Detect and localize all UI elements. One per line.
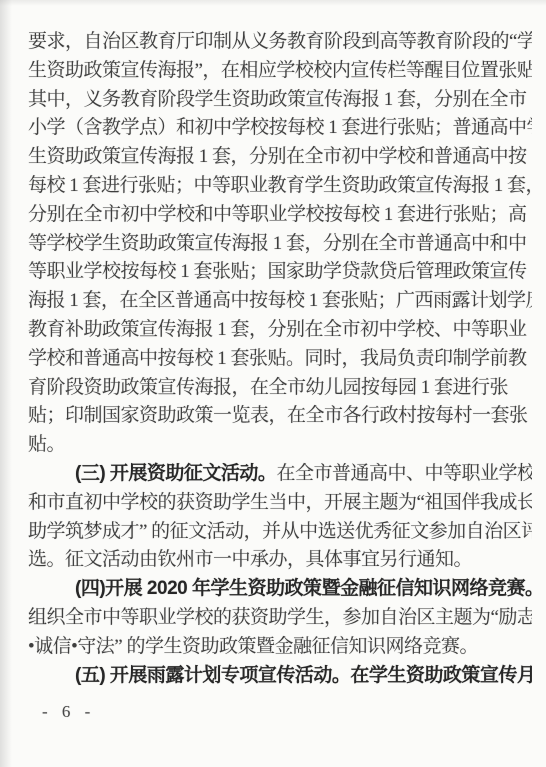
paragraph-line: 小学（含教学点）和初中学校按每校 1 套进行张贴；普通高中学 <box>28 114 532 143</box>
paragraph-line: 生资助政策宣传海报 1 套，分别在全市初中学校和普通高中按 <box>28 143 532 172</box>
paragraph-line: 选。征文活动由钦州市一中承办，具体事宜另行通知。 <box>28 546 532 575</box>
section-4-heading: (四)开展 2020 年学生资助政策暨金融征信知识网络竞赛。 <box>28 575 532 604</box>
section-5-heading: (五) 开展雨露计划专项宣传活动。在学生资助政策宣传月 <box>28 662 532 691</box>
scanned-document-page: 要求，自治区教育厅印制从义务教育阶段到高等教育阶段的“学 生资助政策宣传海报”，… <box>0 0 546 767</box>
document-text-block: 要求，自治区教育厅印制从义务教育阶段到高等教育阶段的“学 生资助政策宣传海报”，… <box>28 28 532 690</box>
paragraph-line: 贴；印制国家资助政策一览表，在全市各行政村按每村一套张 <box>28 402 532 431</box>
section-3-heading-tail: 在全市普通高中、中等职业学校 <box>276 463 532 484</box>
paragraph-line: 生资助政策宣传海报”，在相应学校校内宣传栏等醒目位置张贴。 <box>28 57 532 86</box>
paragraph-line: 育阶段资助政策宣传海报，在全市幼儿园按每园 1 套进行张 <box>28 374 532 403</box>
page-number: - 6 - <box>42 702 95 722</box>
paragraph-line: 其中，义务教育阶段学生资助政策宣传海报 1 套，分别在全市 <box>28 86 532 115</box>
paragraph-line: 要求，自治区教育厅印制从义务教育阶段到高等教育阶段的“学 <box>28 28 532 57</box>
paragraph-line: 海报 1 套，在全区普通高中按每校 1 套张贴；广西雨露计划学历 <box>28 287 532 316</box>
scan-top-shadow <box>0 0 546 6</box>
paragraph-line: 和市直初中学校的获资助学生当中，开展主题为“祖国伴我成长， <box>28 489 532 518</box>
paragraph-line: 等职业学校按每校 1 套张贴；国家助学贷款贷后管理政策宣传 <box>28 258 532 287</box>
paragraph-line: 每校 1 套进行张贴；中等职业教育学生资助政策宣传海报 1 套， <box>28 172 532 201</box>
paragraph-line: 教育补助政策宣传海报 1 套，分别在全市初中学校、中等职业 <box>28 316 532 345</box>
scan-left-shadow <box>0 0 12 767</box>
paragraph-line: 贴。 <box>28 431 532 460</box>
paragraph-line: 助学筑梦成才” 的征文活动，并从中选送优秀征文参加自治区评 <box>28 518 532 547</box>
paragraph-line: 分别在全市初中学校和中等职业学校按每校 1 套进行张贴；高 <box>28 201 532 230</box>
section-3-heading: (三) 开展资助征文活动。 <box>75 463 276 484</box>
paragraph-line: 组织全市中等职业学校的获资助学生，参加自治区主题为“励志 <box>28 604 532 633</box>
paragraph-line: •诚信•守法” 的学生资助政策暨金融征信知识网络竞赛。 <box>28 633 532 662</box>
paragraph-line: 等学校学生资助政策宣传海报 1 套，分别在全市普通高中和中 <box>28 230 532 259</box>
section-3-heading-line: (三) 开展资助征文活动。在全市普通高中、中等职业学校 <box>28 460 532 489</box>
paragraph-line: 学校和普通高中按每校 1 套张贴。同时，我局负责印制学前教 <box>28 345 532 374</box>
